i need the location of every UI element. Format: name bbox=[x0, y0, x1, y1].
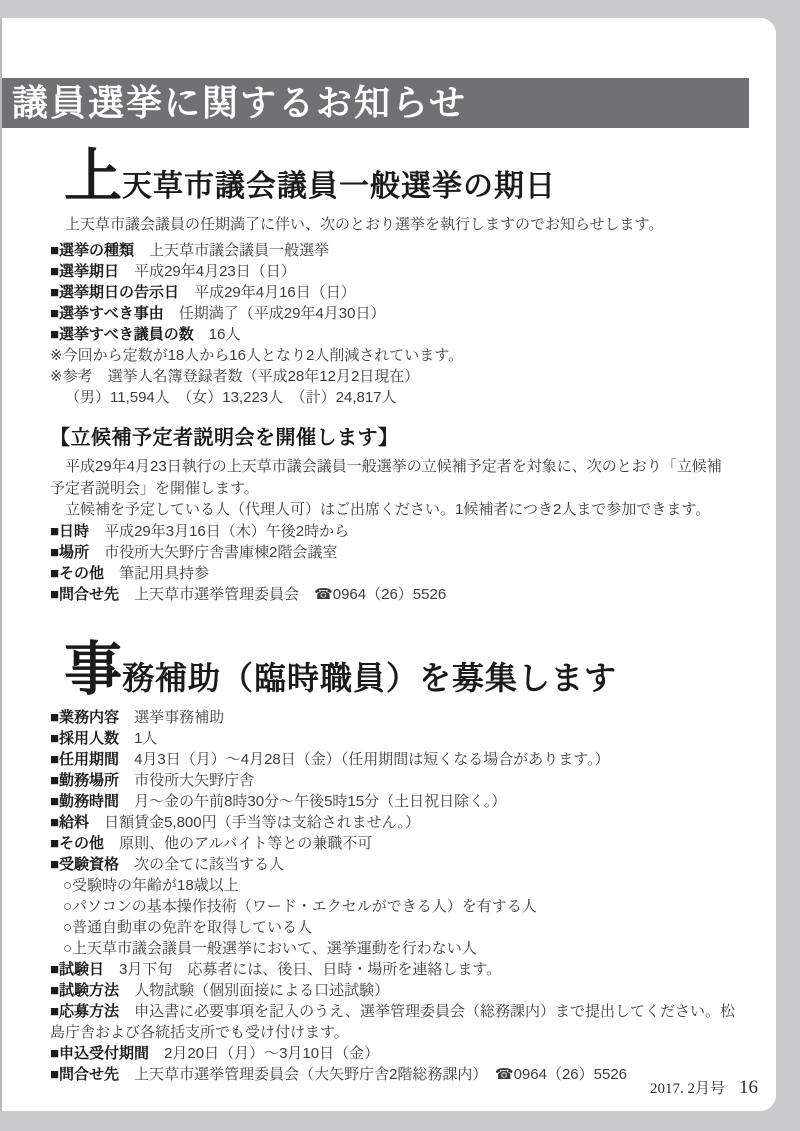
heading-dropcap: 事 bbox=[64, 637, 122, 702]
item-label: ■選挙期日の告示日 bbox=[50, 284, 179, 301]
item-label: ■勤務時間 bbox=[50, 793, 119, 810]
item-value: 次の全てに該当する人 bbox=[134, 856, 284, 873]
notice-title-bar: 議員選挙に関するお知らせ bbox=[2, 78, 749, 128]
item-label: ■場所 bbox=[50, 544, 89, 561]
item-value: 原則、他のアルバイト等との兼職不可 bbox=[119, 835, 372, 852]
recruit-item: ■問合せ先上天草市選挙管理委員会（大矢野庁舎2階総務課内） ☎0964（26）5… bbox=[50, 1064, 736, 1085]
item-label: ■応募方法 bbox=[50, 1003, 119, 1020]
scanned-newsletter-page: { "colors": { "canvas_bg": "#cbcbcd", "p… bbox=[0, 0, 800, 1131]
item-value: 市役所大矢野庁舎書庫棟2階会議室 bbox=[104, 544, 337, 561]
election-item: ■選挙期日平成29年4月23日（日） bbox=[50, 261, 736, 282]
election-note: ※今回から定数が18人から16人となり2人削減されています。 bbox=[50, 345, 736, 366]
item-label: ■申込受付期間 bbox=[50, 1045, 149, 1062]
item-value: 筆記用具持参 bbox=[119, 565, 209, 582]
heading-text: 務補助（臨時職員）を募集します bbox=[122, 660, 617, 696]
item-value: 市役所大矢野庁舎 bbox=[134, 772, 254, 789]
recruit-requirement: ○上天草市議会議員一般選挙において、選挙運動を行わない人 bbox=[50, 938, 736, 959]
election-item: ■選挙期日の告示日平成29年4月16日（日） bbox=[50, 282, 736, 303]
recruit-item: ■任用期間4月3日（月）～4月28日（金）（任用期間は短くなる場合があります。） bbox=[50, 749, 736, 770]
item-value: 上天草市選挙管理委員会 ☎0964（26）5526 bbox=[134, 586, 446, 603]
recruit-item: ■試験日3月下旬 応募者には、後日、日時・場所を連絡します。 bbox=[50, 959, 736, 980]
recruit-item: ■給料日額賃金5,800円（手当等は支給されません。） bbox=[50, 812, 736, 833]
election-item: ■選挙すべき議員の数16人 bbox=[50, 324, 736, 345]
recruit-item: ■勤務場所市役所大矢野庁舎 bbox=[50, 770, 736, 791]
item-label: ■選挙すべき事由 bbox=[50, 305, 164, 322]
item-label: ■問合せ先 bbox=[50, 1066, 119, 1083]
page-content: 上天草市議会議員一般選挙の期日 上天草市議会議員の任期満了に伴い、次のとおり選挙… bbox=[2, 148, 776, 1085]
item-value: 任期満了（平成29年4月30日） bbox=[179, 305, 386, 322]
page-number: 16 bbox=[739, 1077, 758, 1098]
briefing-item: ■日時平成29年3月16日（木）午後2時から bbox=[50, 521, 736, 542]
recruit-item: ■申込受付期間2月20日（月）～3月10日（金） bbox=[50, 1043, 736, 1064]
item-label: ■その他 bbox=[50, 835, 104, 852]
item-value: 選挙事務補助 bbox=[134, 709, 224, 726]
recruit-item: ■勤務時間月～金の午前8時30分～午後5時15分（土日祝日除く。） bbox=[50, 791, 736, 812]
item-value: 4月3日（月）～4月28日（金）（任用期間は短くなる場合があります。） bbox=[134, 751, 610, 768]
briefing-item: ■問合せ先上天草市選挙管理委員会 ☎0964（26）5526 bbox=[50, 584, 736, 605]
election-intro: 上天草市議会議員の任期満了に伴い、次のとおり選挙を執行しますのでお知らせします。 bbox=[50, 214, 736, 235]
item-label: ■採用人数 bbox=[50, 730, 119, 747]
heading-dropcap: 上 bbox=[64, 144, 122, 209]
item-label: ■問合せ先 bbox=[50, 586, 119, 603]
item-label: ■勤務場所 bbox=[50, 772, 119, 789]
item-label: ■試験方法 bbox=[50, 982, 119, 999]
item-value: 16人 bbox=[209, 326, 241, 343]
election-note: ※参考 選挙人名簿登録者数（平成28年12月2日現在） bbox=[50, 366, 736, 387]
page-sheet: 議員選挙に関するお知らせ 上天草市議会議員一般選挙の期日 上天草市議会議員の任期… bbox=[0, 18, 776, 1111]
election-item: ■選挙すべき事由任期満了（平成29年4月30日） bbox=[50, 303, 736, 324]
item-value: 3月下旬 応募者には、後日、日時・場所を連絡します。 bbox=[119, 961, 501, 978]
item-value: 申込書に必要事項を記入のうえ、選挙管理委員会（総務課内）まで提出してください。松… bbox=[50, 1003, 735, 1041]
notice-title-text: 議員選挙に関するお知らせ bbox=[12, 82, 467, 123]
election-item: ■選挙の種類上天草市議会議員一般選挙 bbox=[50, 240, 736, 261]
item-value: 平成29年4月16日（日） bbox=[194, 284, 356, 301]
item-label: ■受験資格 bbox=[50, 856, 119, 873]
election-note-counts: （男）11,594人 （女）13,223人 （計）24,817人 bbox=[50, 387, 736, 408]
item-value: 平成29年4月23日（日） bbox=[134, 263, 296, 280]
item-value: 日額賃金5,800円（手当等は支給されません。） bbox=[104, 814, 420, 831]
item-label: ■業務内容 bbox=[50, 709, 119, 726]
item-value: 上天草市選挙管理委員会（大矢野庁舎2階総務課内） ☎0964（26）5526 bbox=[134, 1066, 627, 1083]
briefing-item: ■場所市役所大矢野庁舎書庫棟2階会議室 bbox=[50, 542, 736, 563]
recruit-requirement: ○受験時の年齢が18歳以上 bbox=[50, 875, 736, 896]
recruit-item: ■業務内容選挙事務補助 bbox=[50, 707, 736, 728]
item-label: ■日時 bbox=[50, 523, 89, 540]
recruit-requirement: ○パソコンの基本操作技術（ワード・エクセルができる人）を有する人 bbox=[50, 896, 736, 917]
item-value: 上天草市議会議員一般選挙 bbox=[149, 242, 329, 259]
item-label: ■試験日 bbox=[50, 961, 104, 978]
item-label: ■選挙期日 bbox=[50, 263, 119, 280]
item-label: ■その他 bbox=[50, 565, 104, 582]
item-label: ■選挙の種類 bbox=[50, 242, 134, 259]
item-value: 人物試験（個別面接による口述試験） bbox=[134, 982, 389, 999]
recruit-section-heading: 事務補助（臨時職員）を募集します bbox=[64, 641, 736, 699]
item-label: ■選挙すべき議員の数 bbox=[50, 326, 194, 343]
briefing-paragraph: 立候補を予定している人（代理人可）はご出席ください。1候補者につき2人まで参加で… bbox=[50, 499, 736, 521]
election-section-heading: 上天草市議会議員一般選挙の期日 bbox=[64, 148, 736, 206]
item-value: 1人 bbox=[134, 730, 157, 747]
issue-label: 2017. 2月号 bbox=[650, 1081, 725, 1097]
item-label: ■任用期間 bbox=[50, 751, 119, 768]
briefing-paragraph: 平成29年4月23日執行の上天草市議会議員一般選挙の立候補予定者を対象に、次のと… bbox=[50, 456, 736, 499]
briefing-item: ■その他筆記用具持参 bbox=[50, 563, 736, 584]
briefing-heading: 【立候補予定者説明会を開催します】 bbox=[50, 424, 736, 452]
heading-text: 天草市議会議員一般選挙の期日 bbox=[122, 170, 556, 203]
recruit-item: ■採用人数1人 bbox=[50, 728, 736, 749]
page-footer: 2017. 2月号16 bbox=[650, 1077, 758, 1099]
item-value: 月～金の午前8時30分～午後5時15分（土日祝日除く。） bbox=[134, 793, 506, 810]
recruit-item: ■応募方法申込書に必要事項を記入のうえ、選挙管理委員会（総務課内）まで提出してく… bbox=[50, 1001, 736, 1043]
recruit-item: ■受験資格次の全てに該当する人 bbox=[50, 854, 736, 875]
item-value: 2月20日（月）～3月10日（金） bbox=[164, 1045, 379, 1062]
recruit-item: ■試験方法人物試験（個別面接による口述試験） bbox=[50, 980, 736, 1001]
item-label: ■給料 bbox=[50, 814, 89, 831]
recruit-requirement: ○普通自動車の免許を取得している人 bbox=[50, 917, 736, 938]
item-value: 平成29年3月16日（木）午後2時から bbox=[104, 523, 349, 540]
recruit-item: ■その他原則、他のアルバイト等との兼職不可 bbox=[50, 833, 736, 854]
briefing-section: 【立候補予定者説明会を開催します】 平成29年4月23日執行の上天草市議会議員一… bbox=[50, 424, 736, 605]
